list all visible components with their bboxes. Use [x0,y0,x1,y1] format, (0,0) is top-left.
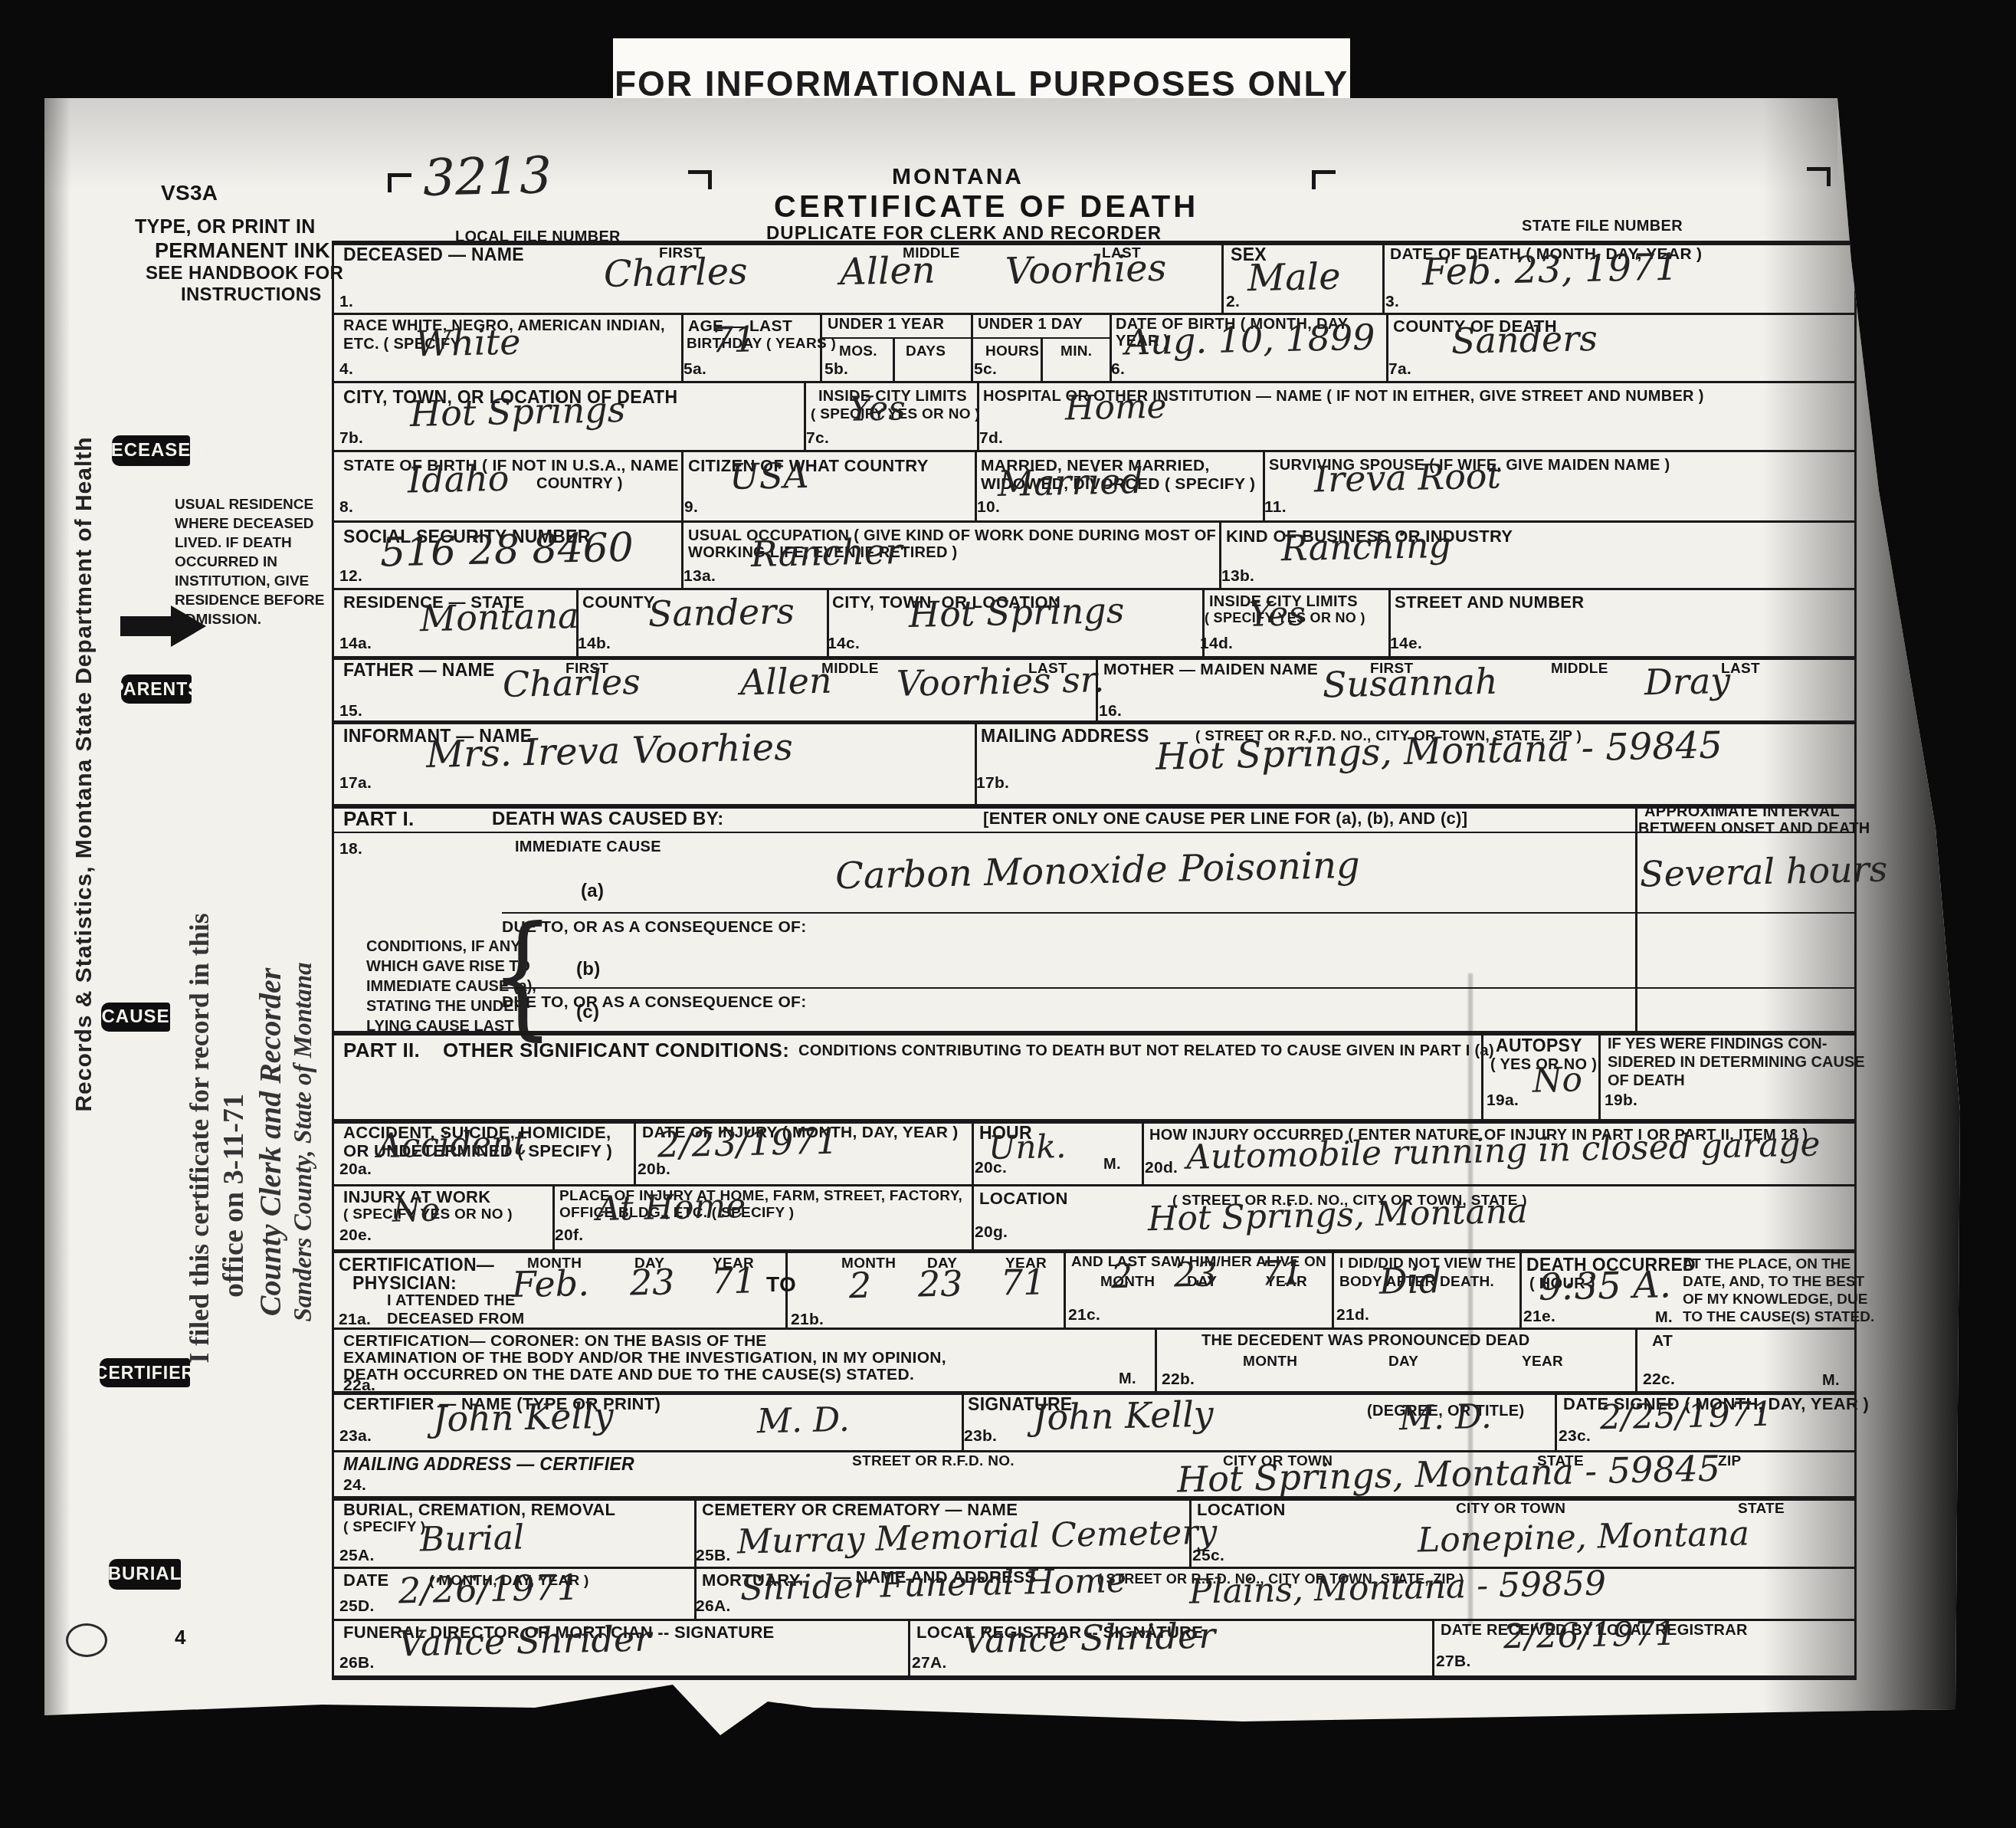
item-number: 12. [339,567,362,586]
ssn-value: 516 28 8460 [379,528,634,573]
street-number-label: STREET AND NUMBER [1395,593,1585,612]
item-number: 20a. [339,1160,372,1179]
divider-line [1096,656,1098,720]
residence-note-line: INSTITUTION, GIVE [175,572,324,591]
left-edge-shadow [44,98,70,1715]
residence-note-line: LIVED. IF DEATH [175,533,324,553]
certification-physician-label: CERTIFICATION— [339,1255,494,1275]
interval-value: Several hours [1640,852,1888,892]
item-number: 4. [339,360,353,379]
local-registrar-value: Vance Shrider [962,1618,1216,1659]
last-saw-day: 23 [1174,1258,1218,1292]
location-label: LOCATION [979,1190,1068,1209]
item-number: 22b. [1162,1370,1195,1389]
autopsy-label: AUTOPSY [1496,1036,1582,1056]
divider-line [332,1391,1857,1395]
item-number: 14b. [578,635,611,653]
divider-line [1481,1031,1483,1119]
item-number: 2. [1226,293,1240,311]
attended-to-month: 2 [849,1268,872,1304]
item-number: 17b. [976,774,1009,793]
residence-county-value: Sanders [648,593,795,632]
city-or-town-label: CITY OR TOWN [1456,1501,1565,1517]
divider-line [694,1567,697,1619]
part2-subtitle: CONDITIONS CONTRIBUTING TO DEATH BUT NOT… [798,1042,1494,1059]
divider-line [332,1328,1857,1330]
death-occurred-note-line: AT THE PLACE, ON THE [1683,1255,1874,1273]
item-number: 20g. [975,1223,1008,1242]
divider-line [1598,1031,1601,1119]
part2-title: OTHER SIGNIFICANT CONDITIONS: [443,1039,789,1062]
burial-date-value: 2/26/1971 [398,1570,580,1609]
divider-line [804,381,806,450]
cemetery-value: Murray Memorial Cemetery [737,1515,1218,1559]
findings-note: IF YES WERE FINDINGS CON- SIDERED IN DET… [1608,1035,1865,1090]
zip-label: ZIP [1718,1453,1741,1469]
state-file-number-label: STATE FILE NUMBER [1522,218,1683,235]
informational-banner-text: FOR INFORMATIONAL PURPOSES ONLY [615,63,1349,104]
form-title: MONTANA [797,164,1119,190]
date-received-value: 2/26/1971 [1503,1617,1677,1655]
caused-by-label: DEATH WAS CAUSED BY: [492,809,723,830]
place-of-injury-value: At Home [596,1190,746,1226]
day-label: DAY [1388,1354,1418,1370]
divider-line [827,588,829,656]
item-number: 9. [684,498,698,517]
item-number: 14a. [339,635,372,653]
death-occurred-note: AT THE PLACE, ON THE DATE, AND, TO THE B… [1683,1255,1874,1326]
part2-label: PART II. [343,1039,420,1062]
divider-line [681,313,683,381]
divider-line [332,241,1857,245]
divider-line [908,1619,910,1675]
residence-note-line: WHERE DECEASED [175,514,324,533]
divider-line [1064,1249,1066,1328]
certification-physician-label3: I ATTENDED THE [387,1292,516,1309]
location-value: Hot Springs, Montana [1148,1195,1528,1236]
date-of-injury-value: 2/23/1971 [657,1124,839,1163]
item-number: 20d. [1145,1159,1178,1177]
pronounced-dead-label: THE DECEDENT WAS PRONOUNCED DEAD [1201,1332,1530,1349]
divider-line [1386,313,1388,381]
interval-label2: BETWEEN ONSET AND DEATH [1638,820,1870,837]
occupation-value: Rancher [751,533,903,572]
line-a-tag: (a) [581,881,604,902]
race-value: White [415,324,521,362]
findings-note-line: IF YES WERE FINDINGS CON- [1608,1035,1865,1053]
citizen-value: USA [729,458,809,494]
residence-city-value: Hot Springs [909,592,1125,632]
divider-line [332,241,334,1677]
residence-county-label: COUNTY [582,593,655,612]
last-saw-year: 71 [1260,1256,1304,1291]
filing-stamp-line: County Clerk and Recorder [252,968,288,1316]
item-number: 26B. [339,1654,375,1672]
corner-bracket-icon [1807,167,1831,186]
burial-date-label: DATE [343,1571,388,1590]
item-number: 13a. [683,567,716,586]
divider-line [1635,804,1637,1031]
divider-line [681,450,683,520]
corner-bracket-icon [1312,170,1336,189]
at-label: AT [1652,1332,1673,1350]
burial-type-label: BURIAL, CREMATION, REMOVAL [343,1501,615,1520]
item-number: 8. [339,498,353,517]
item-number: 23c. [1559,1427,1591,1446]
state-of-birth-label2: COUNTRY ) [536,475,623,492]
under-1-day-label: UNDER 1 DAY [978,316,1083,333]
divider-line [681,520,683,588]
inside-city-limits-value: Yes [849,392,906,427]
days-label: DAYS [906,343,946,359]
divider-line [332,1119,1857,1124]
coroner-line: CERTIFICATION— CORONER: ON THE BASIS OF … [343,1332,767,1350]
item-number: 7a. [1388,360,1411,379]
divider-line [332,381,1857,383]
burial-type-label2: ( SPECIFY ) [343,1519,425,1535]
item-number: 21a. [339,1311,371,1329]
death-occurred-note-line: DATE, AND, TO THE BEST [1683,1273,1874,1291]
item-number: 27B. [1436,1652,1471,1671]
degree-title-value: M. D. [1399,1400,1493,1436]
divider-line [332,1249,1857,1253]
divider-line [332,520,1857,523]
item-number: 21e. [1523,1308,1555,1326]
informant-mailing-label: MAILING ADDRESS [981,727,1149,747]
line-c-tag: (c) [576,1003,599,1023]
deceased-last-value: Voorhies [1005,250,1167,290]
item-number: 14c. [828,635,860,653]
deceased-middle-value: Allen [840,252,936,291]
informant-value: Mrs. Ireva Voorhies [426,729,794,773]
tab-parents: PARENTS [121,674,192,704]
attended-to-day: 23 [918,1265,963,1301]
tab-burial: BURIAL [109,1559,181,1590]
m-label: M. [1655,1309,1673,1326]
printer-union-stamp-icon [66,1623,107,1657]
item-number: 1. [339,293,353,311]
item-number: 14e. [1390,635,1422,653]
divider-line [1263,450,1265,520]
item-number: 22c. [1643,1370,1675,1389]
item-number: 7c. [806,429,829,448]
certifier-signature-value: John Kelly [1033,1396,1215,1436]
divider-line [332,313,1857,315]
findings-note-line: SIDERED IN DETERMINING CAUSE [1608,1053,1865,1072]
divider-line [972,1184,974,1249]
deceased-name-label: DECEASED — NAME [343,245,524,265]
state-of-birth-label: STATE OF BIRTH ( IF NOT IN U.S.A., NAME [343,457,679,475]
mother-name-label: MOTHER — MAIDEN NAME [1103,661,1318,679]
divider-line [1555,1391,1557,1450]
divider-line [1854,241,1857,1677]
residence-state-value: Montana [420,598,579,636]
item-number: 25A. [339,1547,375,1565]
divider-line [1142,1119,1144,1184]
item-number: 25B. [696,1547,731,1565]
corner-bracket-icon [688,170,712,189]
accident-value: Accident [377,1127,527,1163]
divider-line [1382,241,1385,313]
funeral-director-value: Vance Shrider [398,1621,652,1662]
certifier-mailing-label: MAILING ADDRESS — CERTIFIER [343,1455,634,1475]
certifier-name-value: John Kelly [433,1398,615,1437]
divider-line [332,1450,1857,1452]
divider-line [332,720,1857,724]
mortuary-value: Shrider Funeral Home [740,1564,1127,1606]
filing-stamp-line: Sanders County, State of Montana [290,962,318,1321]
divider-line [634,1119,636,1184]
certification-physician-label2: PHYSICIAN: [352,1274,457,1294]
item-number: 15. [339,702,362,720]
immediate-cause-label: IMMEDIATE CAUSE [515,839,661,855]
divider-line [332,1496,1857,1501]
month-label: MONTH [1243,1354,1297,1370]
item-number: 23a. [339,1427,372,1446]
item-number: 25D. [339,1597,375,1616]
divider-line [332,656,1857,660]
mother-first-value: Susannah [1323,664,1498,703]
item-number: 26A. [696,1597,731,1616]
injury-at-work-value: No [392,1193,441,1226]
marital-value: Married [998,463,1144,501]
divider-line [332,1184,1857,1186]
hospital-value: Home [1065,390,1168,426]
item-number: 7d. [979,429,1003,448]
last-saw-month: 2 [1111,1260,1133,1295]
divider-line [962,1391,964,1450]
date-signed-value: 2/25/1971 [1600,1398,1773,1436]
divider-line [332,450,1857,452]
divider-line [977,381,979,450]
divider-line [552,1184,555,1249]
scanned-death-certificate: FOR INFORMATIONAL PURPOSES ONLY Records … [0,0,2016,1828]
attended-from-month: Feb. [512,1265,590,1302]
age-value: 71 [711,321,756,357]
mother-last-value: Dray [1644,663,1731,700]
item-number: 3. [1385,293,1399,311]
autopsy-value: No [1532,1063,1583,1098]
local-file-number-value: 3213 [422,150,552,204]
divider-line [502,912,1854,914]
enter-only-label: [ENTER ONLY ONE CAUSE PER LINE FOR (a), … [983,809,1467,829]
ink-note-line: PERMANENT INK [155,239,330,262]
deceased-first-value: Charles [604,253,749,293]
death-occurred-note-line: OF MY KNOWLEDGE, DUE [1683,1291,1874,1308]
divider-line [971,313,973,381]
divider-line [1110,313,1112,381]
form-subtitle: CERTIFICATE OF DEATH [774,190,1142,225]
divider-line [820,313,822,381]
item-number: 25c. [1192,1547,1224,1565]
certifier-name-degree: M. D. [757,1403,851,1439]
findings-note-line: OF DEATH [1608,1072,1865,1090]
year-label: YEAR [1522,1354,1563,1370]
part1-label: PART I. [343,808,415,830]
informant-mailing-value: Hot Springs, Montana - 59845 [1156,727,1723,775]
certificate-paper: Records & Statistics, Montana State Depa… [0,0,2016,1828]
tab-cause: CAUSE [101,1003,170,1032]
corner-bracket-icon [388,173,411,192]
item-number: 11. [1264,498,1287,517]
filing-stamp-line: I filed this certificate for record in t… [183,913,215,1364]
divider-line [332,588,1857,590]
father-name-label: FATHER — NAME [343,661,495,681]
residence-note-line: OCCURRED IN [175,553,324,572]
item-number: 21c. [1068,1306,1100,1324]
item-number: 10. [977,498,1000,517]
divider-line [972,1119,974,1184]
item-number: 27A. [912,1654,947,1672]
m-label: M. [1822,1372,1840,1389]
item-number: 5a. [683,360,706,379]
film-edge-shadow [1762,98,1960,1717]
item-number: 16. [1099,702,1122,720]
age-label2: BIRTHDAY ( YEARS ) [687,336,836,352]
min-label: MIN. [1060,343,1092,359]
attended-to-year: 71 [1001,1264,1046,1300]
view-body-value: Did [1379,1262,1442,1299]
divider-line [1635,1328,1637,1391]
divider-line [975,720,977,804]
mos-label: MOS. [839,343,877,359]
item-number: 20f. [555,1226,583,1245]
middle-label: MIDDLE [1551,661,1608,677]
ink-note-line: SEE HANDBOOK FOR [146,264,343,284]
item-number: 20e. [339,1226,372,1245]
divider-line [694,1496,697,1567]
residence-limits-value: Yes [1249,597,1306,632]
certifier-mailing-value: Hot Springs, Montana - 59845 [1177,1451,1721,1498]
certification-physician-label4: DECEASED FROM [387,1311,524,1328]
ink-note-line: INSTRUCTIONS [181,285,322,306]
divider-line [332,1567,1857,1569]
date-of-death-value: Feb. 23, 1971 [1422,249,1679,291]
sex-value: Male [1247,258,1342,297]
state-of-birth-value: Idaho [408,461,510,498]
city-of-death-value: Hot Springs [410,392,626,432]
divider-line [502,987,1854,989]
item-number: 6. [1111,360,1125,379]
item-number: 23b. [964,1427,997,1446]
divider-line [332,1675,1857,1680]
item-number: 19a. [1487,1091,1519,1110]
father-middle-value: Allen [740,663,832,700]
divider-line [1041,337,1043,381]
father-first-value: Charles [503,664,641,702]
divider-line [332,804,1857,809]
divider-line [1388,588,1391,656]
under-1-year-label: UNDER 1 YEAR [828,316,944,333]
father-last-value: Voorhies sr. [897,661,1105,701]
item-number: 17a. [339,774,372,793]
divider-line [332,1031,1857,1035]
mortuary-address-value: Plains, Montana - 59859 [1189,1567,1607,1609]
item-number: 18. [339,840,362,858]
street-label: STREET OR R.F.D. NO. [852,1453,1015,1469]
divider-line [975,450,977,520]
page-number: 4 [175,1626,186,1649]
date-of-birth-value: Aug. 10, 1899 [1125,320,1375,360]
coroner-line: EXAMINATION OF THE BODY AND/OR THE INVES… [343,1349,946,1367]
cemetery-location-label: LOCATION [1197,1501,1286,1520]
cause-a-value: Carbon Monoxide Poisoning [835,847,1361,894]
divider-line [1332,1249,1334,1328]
tab-deceased: DECEASED [112,435,190,466]
attended-from-day: 23 [630,1264,675,1300]
filing-stamp-line: office on 3-11-71 [217,1094,251,1298]
residence-arrow-icon [119,604,209,648]
hour-value: Unk. [988,1131,1067,1164]
divider-line [1519,1249,1522,1328]
county-of-death-value: Sanders [1451,320,1598,359]
burial-type-value: Burial [420,1521,525,1557]
divider-line [820,337,1110,339]
item-number: 24. [343,1476,366,1495]
death-occurred-note-line: TO THE CAUSE(S) STATED. [1683,1308,1874,1326]
item-number: 14d. [1200,635,1233,653]
department-vertical-text: Records & Statistics, Montana State Depa… [71,436,97,1111]
death-occurred-hour-value: 9:35 A. [1539,1266,1672,1306]
line-b-tag: (b) [576,960,601,980]
divider-line [1155,1328,1157,1391]
hours-label: HOURS [985,343,1039,359]
m-label: M. [1119,1370,1136,1387]
item-number: 7b. [339,429,363,448]
divider-line [1432,1619,1434,1675]
divider-line [1189,1496,1192,1567]
divider-line [332,1619,1857,1621]
coroner-line: DEATH OCCURRED ON THE DATE AND DUE TO TH… [343,1366,914,1384]
divider-line [1202,588,1205,656]
item-number: 21b. [791,1311,824,1329]
item-number: 13b. [1221,567,1254,586]
industry-value: Ranching [1281,527,1452,566]
divider-line [332,832,1857,833]
attended-from-year: 71 [711,1262,756,1298]
m-label: M. [1103,1156,1121,1173]
item-number: 5b. [824,360,848,379]
cemetery-location-value: Lonepine, Montana [1418,1517,1750,1557]
divider-line [1219,520,1221,588]
tab-certifier: CERTIFIER [100,1358,190,1387]
spouse-value: Ireva Root [1314,458,1502,497]
divider-line [1221,241,1224,313]
divider-line [893,337,895,381]
item-number: 21d. [1336,1306,1369,1324]
item-number: 19b. [1605,1091,1637,1110]
cemetery-label: CEMETERY OR CREMATORY — NAME [702,1501,1018,1520]
ink-note-line: TYPE, OR PRINT IN [135,216,316,238]
residence-note-line: USUAL RESIDENCE [175,495,324,514]
item-number: 5c. [974,360,997,379]
to-label: TO [766,1272,796,1296]
form-code: VS3A [161,181,218,205]
divider-line [576,588,579,656]
divider-line [785,1249,788,1328]
